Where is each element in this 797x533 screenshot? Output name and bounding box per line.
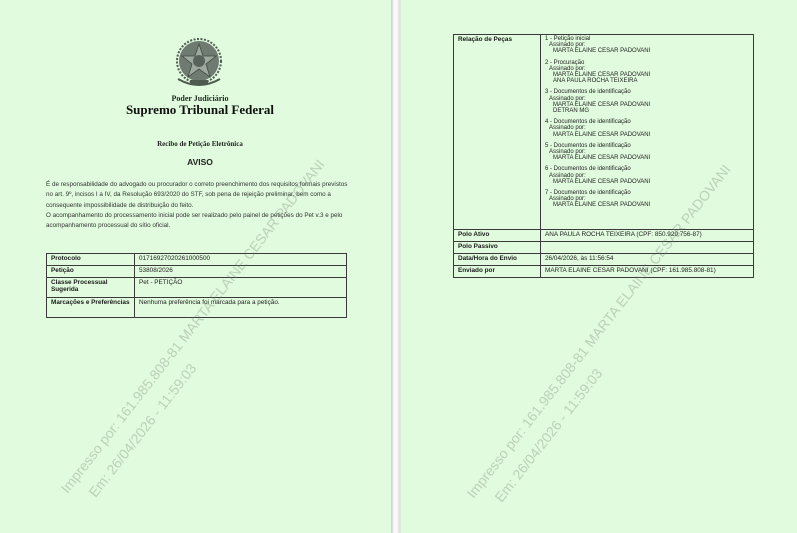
document-page-2: Relação de Peças 1 - Petição inicialAssi… — [401, 0, 797, 533]
peca-item: 1 - Petição inicialAssinado por:MARTA EL… — [545, 36, 749, 55]
aviso-paragraph-1: É de responsabilidade do advogado ou pro… — [46, 180, 356, 211]
peticao-value: 53808/2026 — [135, 266, 347, 278]
table-row: Polo Ativo ANA PAULA ROCHA TEIXEIRA (CPF… — [454, 230, 754, 242]
row-label: Enviado por — [454, 266, 541, 278]
row-label: Relação de Peças — [454, 35, 541, 230]
classe-value: Pet - PETIÇÃO — [135, 278, 347, 298]
peca-signer: DETRAN MG — [545, 108, 749, 114]
peca-item: 5 - Documentos de identificaçãoAssinado … — [545, 143, 749, 162]
row-label: Petição — [47, 266, 135, 278]
peca-signer: MARTA ELAINE CESAR PADOVANI — [545, 202, 749, 208]
peca-signer: MARTA ELAINE CESAR PADOVANI — [545, 179, 749, 185]
recibo-title: Recibo de Petição Eletrônica — [0, 140, 391, 148]
marcacoes-value: Nenhuma preferência foi marcada para a p… — [135, 298, 347, 318]
peca-item: 6 - Documentos de identificaçãoAssinado … — [545, 166, 749, 185]
table-row: Polo Passivo — [454, 242, 754, 254]
polo-passivo-value — [541, 242, 754, 254]
polo-ativo-value: ANA PAULA ROCHA TEIXEIRA (CPF: 850.929.7… — [541, 230, 754, 242]
tribunal-title: Supremo Tribunal Federal — [0, 102, 391, 118]
row-label: Protocolo — [47, 254, 135, 266]
brasao-republica-icon — [168, 35, 230, 93]
document-page-1: Poder Judiciário Supremo Tribunal Federa… — [0, 0, 391, 533]
data-envio-value: 26/04/2026, às 11:56:54 — [541, 254, 754, 266]
row-label: Classe Processual Sugerida — [47, 278, 135, 298]
table-row: Data/Hora do Envio 26/04/2026, às 11:56:… — [454, 254, 754, 266]
row-label: Polo Passivo — [454, 242, 541, 254]
table-row: Marcações e Preferências Nenhuma preferê… — [47, 298, 347, 318]
aviso-heading: AVISO — [0, 157, 391, 167]
row-label: Marcações e Preferências — [47, 298, 135, 318]
peca-item: 3 - Documentos de identificaçãoAssinado … — [545, 89, 749, 114]
pecas-table: Relação de Peças 1 - Petição inicialAssi… — [453, 34, 754, 278]
enviado-por-value: MARTA ELAINE CESAR PADOVANI (CPF: 161.98… — [541, 266, 754, 278]
pecas-list: 1 - Petição inicialAssinado por:MARTA EL… — [541, 35, 754, 230]
protocolo-value: 01716927020261000500 — [135, 254, 347, 266]
table-row: Relação de Peças 1 - Petição inicialAssi… — [454, 35, 754, 230]
table-row: Petição 53808/2026 — [47, 266, 347, 278]
row-label: Polo Ativo — [454, 230, 541, 242]
peca-item: 7 - Documentos de identificaçãoAssinado … — [545, 190, 749, 209]
table-row: Enviado por MARTA ELAINE CESAR PADOVANI … — [454, 266, 754, 278]
petition-info-table: Protocolo 01716927020261000500 Petição 5… — [46, 253, 347, 318]
table-row: Classe Processual Sugerida Pet - PETIÇÃO — [47, 278, 347, 298]
watermark-line-2: Em: 26/04/2026 - 11:59:03 — [491, 365, 605, 505]
watermark-line-2: Em: 26/04/2026 - 11:59:03 — [85, 360, 199, 500]
aviso-paragraph-2: O acompanhamento do processamento inicia… — [46, 211, 356, 232]
peca-item: 4 - Documentos de identificaçãoAssinado … — [545, 119, 749, 138]
table-row: Protocolo 01716927020261000500 — [47, 254, 347, 266]
peca-signer: MARTA ELAINE CESAR PADOVANI — [545, 48, 749, 54]
peca-item: 2 - ProcuraçãoAssinado por:MARTA ELAINE … — [545, 60, 749, 85]
peca-signer: ANA PAULA ROCHA TEIXEIRA — [545, 78, 749, 84]
page-gutter — [391, 0, 401, 533]
row-label: Data/Hora do Envio — [454, 254, 541, 266]
peca-signer: MARTA ELAINE CESAR PADOVANI — [545, 132, 749, 138]
peca-signer: MARTA ELAINE CESAR PADOVANI — [545, 155, 749, 161]
